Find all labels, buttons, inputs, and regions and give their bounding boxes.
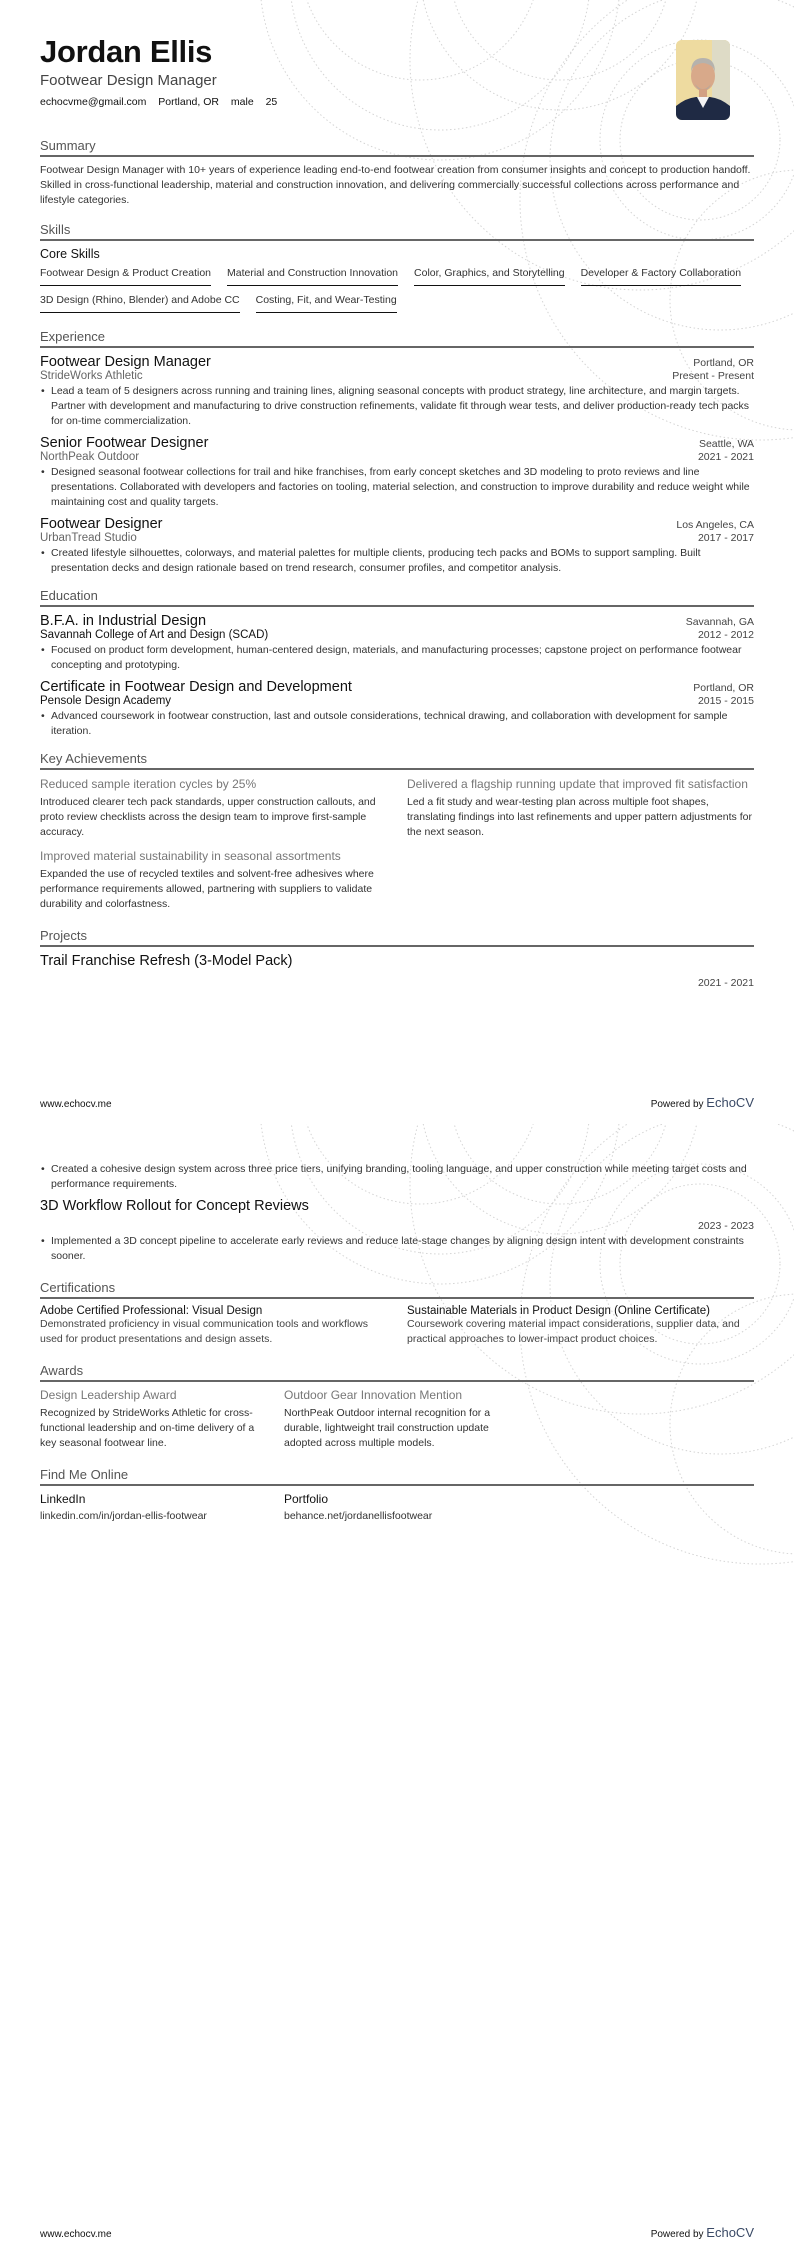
summary-text: Footwear Design Manager with 10+ years o… — [40, 163, 754, 208]
candidate-title: Footwear Design Manager — [40, 72, 217, 89]
powered-by: Powered by EchoCV — [651, 1095, 754, 1110]
education-dates: 2012 - 2012 — [698, 629, 754, 641]
job-dates: Present - Present — [672, 370, 754, 382]
award-item: Design Leadership Award Recognized by St… — [40, 1388, 260, 1451]
section-title-achievements: Key Achievements — [40, 751, 754, 770]
achievement-item: Delivered a flagship running update that… — [407, 776, 754, 840]
job-title: Senior Footwear Designer — [40, 435, 208, 451]
experience-entry: Footwear Designer Los Angeles, CA UrbanT… — [40, 516, 754, 576]
section-title-projects: Projects — [40, 928, 754, 947]
project-title: Trail Franchise Refresh (3-Model Pack) — [40, 953, 754, 969]
footer-site-link[interactable]: www.echocv.me — [40, 2229, 112, 2240]
powered-by: Powered by EchoCV — [651, 2225, 754, 2240]
job-title: Footwear Design Manager — [40, 354, 211, 370]
school-location: Portland, OR — [693, 682, 754, 694]
resume-page-2: Created a cohesive design system across … — [0, 1124, 794, 2246]
award-text: Recognized by StrideWorks Athletic for c… — [40, 1406, 260, 1451]
achievement-text: Led a fit study and wear-testing plan ac… — [407, 795, 754, 840]
contact-gender: male — [231, 96, 254, 108]
resume-page-1: Jordan Ellis Footwear Design Manager ech… — [0, 0, 794, 1122]
skills-list: Footwear Design & Product Creation Mater… — [40, 265, 754, 317]
education-entry: B.F.A. in Industrial Design Savannah, GA… — [40, 613, 754, 673]
skill-item: Developer & Factory Collaboration — [581, 265, 742, 286]
education-bullet: Advanced coursework in footwear construc… — [40, 709, 754, 739]
job-location: Seattle, WA — [699, 438, 754, 450]
company-name: NorthPeak Outdoor — [40, 451, 139, 463]
online-link-item: Portfolio behance.net/jordanellisfootwea… — [284, 1492, 504, 1522]
linkedin-link[interactable]: linkedin.com/in/jordan-ellis-footwear — [40, 1510, 260, 1522]
portfolio-link[interactable]: behance.net/jordanellisfootwear — [284, 1510, 504, 1522]
job-location: Portland, OR — [693, 357, 754, 369]
job-title: Footwear Designer — [40, 516, 163, 532]
award-text: NorthPeak Outdoor internal recognition f… — [284, 1406, 504, 1451]
certification-title: Adobe Certified Professional: Visual Des… — [40, 1305, 387, 1317]
school-name: Savannah College of Art and Design (SCAD… — [40, 629, 268, 641]
skills-section: Skills Core Skills Footwear Design & Pro… — [40, 222, 754, 317]
profile-photo — [676, 40, 730, 120]
section-title-education: Education — [40, 588, 754, 607]
certifications-section: Certifications Adobe Certified Professio… — [40, 1280, 754, 1347]
skill-item: Costing, Fit, and Wear-Testing — [256, 292, 397, 313]
degree-title: Certificate in Footwear Design and Devel… — [40, 679, 352, 695]
certification-item: Adobe Certified Professional: Visual Des… — [40, 1305, 387, 1347]
project-bullet: Created a cohesive design system across … — [40, 1162, 754, 1192]
job-bullet: Created lifestyle silhouettes, colorways… — [40, 546, 754, 576]
footer-site-link[interactable]: www.echocv.me — [40, 1099, 112, 1110]
online-link-label: LinkedIn — [40, 1492, 260, 1506]
section-title-skills: Skills — [40, 222, 754, 241]
resume-header: Jordan Ellis Footwear Design Manager ech… — [0, 0, 794, 130]
candidate-name: Jordan Ellis — [40, 34, 212, 70]
achievement-title: Improved material sustainability in seas… — [40, 848, 387, 864]
contact-location: Portland, OR — [158, 96, 219, 108]
brand-logo-text[interactable]: EchoCV — [706, 2225, 754, 2240]
certification-text: Demonstrated proficiency in visual commu… — [40, 1317, 387, 1347]
project-bullets: Implemented a 3D concept pipeline to acc… — [40, 1234, 754, 1264]
certification-text: Coursework covering material impact cons… — [407, 1317, 754, 1347]
achievement-text: Introduced clearer tech pack standards, … — [40, 795, 387, 840]
certification-title: Sustainable Materials in Product Design … — [407, 1305, 754, 1317]
skill-item: 3D Design (Rhino, Blender) and Adobe CC — [40, 292, 240, 313]
section-title-summary: Summary — [40, 138, 754, 157]
certification-item: Sustainable Materials in Product Design … — [407, 1305, 754, 1347]
projects-section: Projects Trail Franchise Refresh (3-Mode… — [40, 928, 754, 989]
project-dates: 2021 - 2021 — [40, 977, 754, 989]
job-bullet: Designed seasonal footwear collections f… — [40, 465, 754, 510]
section-title-experience: Experience — [40, 329, 754, 348]
online-section: Find Me Online LinkedIn linkedin.com/in/… — [40, 1467, 754, 1522]
project-bullets: Created a cohesive design system across … — [40, 1162, 754, 1192]
contact-age: 25 — [266, 96, 278, 108]
education-entry: Certificate in Footwear Design and Devel… — [40, 679, 754, 739]
achievement-item: Reduced sample iteration cycles by 25% I… — [40, 776, 387, 840]
achievement-title: Reduced sample iteration cycles by 25% — [40, 776, 387, 792]
achievement-text: Expanded the use of recycled textiles an… — [40, 867, 387, 912]
experience-entry: Footwear Design Manager Portland, OR Str… — [40, 354, 754, 429]
job-dates: 2021 - 2021 — [698, 451, 754, 463]
project-bullet: Implemented a 3D concept pipeline to acc… — [40, 1234, 754, 1264]
powered-by-label: Powered by — [651, 2229, 704, 2240]
experience-section: Experience Footwear Design Manager Portl… — [40, 329, 754, 576]
contact-email[interactable]: echocvme@gmail.com — [40, 96, 146, 108]
online-link-item: LinkedIn linkedin.com/in/jordan-ellis-fo… — [40, 1492, 260, 1522]
award-item: Outdoor Gear Innovation Mention NorthPea… — [284, 1388, 504, 1451]
skills-group-title: Core Skills — [40, 247, 754, 261]
school-name: Pensole Design Academy — [40, 695, 171, 707]
section-title-certifications: Certifications — [40, 1280, 754, 1299]
online-link-label: Portfolio — [284, 1492, 504, 1506]
degree-title: B.F.A. in Industrial Design — [40, 613, 206, 629]
skill-item: Material and Construction Innovation — [227, 265, 398, 286]
section-title-online: Find Me Online — [40, 1467, 754, 1486]
contact-info: echocvme@gmail.com Portland, OR male 25 — [40, 96, 286, 108]
powered-by-label: Powered by — [651, 1099, 704, 1110]
school-location: Savannah, GA — [686, 616, 754, 628]
project-title: 3D Workflow Rollout for Concept Reviews — [40, 1198, 754, 1214]
person-portrait-icon — [676, 40, 730, 120]
page-footer: www.echocv.me Powered by EchoCV — [40, 2225, 754, 2240]
experience-entry: Senior Footwear Designer Seattle, WA Nor… — [40, 435, 754, 510]
award-title: Outdoor Gear Innovation Mention — [284, 1388, 504, 1402]
brand-logo-text[interactable]: EchoCV — [706, 1095, 754, 1110]
achievements-section: Key Achievements Reduced sample iteratio… — [40, 751, 754, 912]
awards-section: Awards Design Leadership Award Recognize… — [40, 1363, 754, 1451]
education-bullet: Focused on product form development, hum… — [40, 643, 754, 673]
company-name: UrbanTread Studio — [40, 532, 137, 544]
education-section: Education B.F.A. in Industrial Design Sa… — [40, 588, 754, 739]
summary-section: Summary Footwear Design Manager with 10+… — [40, 138, 754, 208]
skill-item: Footwear Design & Product Creation — [40, 265, 211, 286]
job-location: Los Angeles, CA — [676, 519, 754, 531]
section-title-awards: Awards — [40, 1363, 754, 1382]
job-dates: 2017 - 2017 — [698, 532, 754, 544]
achievement-item: Improved material sustainability in seas… — [40, 848, 387, 912]
achievement-title: Delivered a flagship running update that… — [407, 776, 754, 792]
project-dates: 2023 - 2023 — [40, 1220, 754, 1232]
award-title: Design Leadership Award — [40, 1388, 260, 1402]
page-footer: www.echocv.me Powered by EchoCV — [40, 1095, 754, 1110]
company-name: StrideWorks Athletic — [40, 370, 143, 382]
skill-item: Color, Graphics, and Storytelling — [414, 265, 565, 286]
education-dates: 2015 - 2015 — [698, 695, 754, 707]
job-bullet: Lead a team of 5 designers across runnin… — [40, 384, 754, 429]
